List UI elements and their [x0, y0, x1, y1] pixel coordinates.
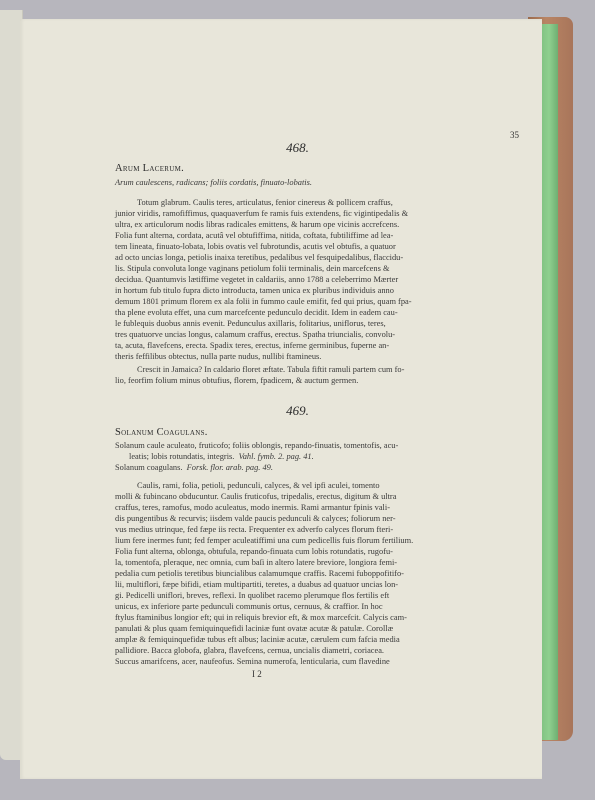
printer-signature: I 2	[252, 669, 262, 679]
entry-title-arum-lacerum: Arum Lacerum.	[115, 163, 184, 174]
reference-vahl: Vahl. fymb. 2. pag. 41.	[239, 452, 314, 461]
entry-number-468: 468.	[0, 140, 595, 156]
entry-diagnosis: Solanum caule aculeato, fruticofo; folii…	[115, 441, 540, 451]
text-line: vus medius utrinque, fed fæpe iis recta.…	[115, 525, 540, 535]
entry-diagnosis: Arum caulescens, radicans; foliis cordat…	[115, 178, 540, 188]
text-line: lis. Stipula convoluta longe vaginans pe…	[115, 264, 540, 274]
text-line: Caulis, rami, folia, petioli, pedunculi,…	[115, 481, 562, 491]
entry-synonym: Solanum coagulans. Forsk. flor. arab. pa…	[115, 463, 540, 473]
text-line: molli & fubincano obducuntur. Caulis fru…	[115, 492, 540, 502]
text-line: unicus, ex inferiore parte pedunculi com…	[115, 602, 540, 612]
text-line: Totum glabrum. Caulis teres, articulatus…	[115, 198, 562, 208]
text-line: la, tomentofa, pleraque, nec omnia, cum …	[115, 558, 540, 568]
text-line: Folia funt alterna, oblonga, obtufula, r…	[115, 547, 540, 557]
diagnosis-text: leatis; lobis rotundatis, integris.	[129, 452, 234, 461]
text-line: tres quatuorve uncias longus, calamum cr…	[115, 330, 540, 340]
text-line: lio, feorfim folium minus obtufius, flor…	[115, 376, 540, 386]
page-number: 35	[510, 130, 519, 140]
text-line: ad octo uncias longa, petiolis inaixa te…	[115, 253, 540, 263]
text-line: le fublequis duobus annis evenit. Pedunc…	[115, 319, 540, 329]
text-line: gi. Pedicelli uniflori, breves, reflexi.…	[115, 591, 540, 601]
synonym-text: Solanum coagulans.	[115, 463, 182, 472]
entry-diagnosis-cont: leatis; lobis rotundatis, integris. Vahl…	[115, 452, 554, 462]
text-line: in hortum fub titulo fupra dicto introdu…	[115, 286, 540, 296]
text-line: ftylus ftaminibus longior eft; qui in re…	[115, 613, 540, 623]
text-line: Crescit in Jamaica? In caldario floret æ…	[115, 365, 562, 375]
text-line: decidua. Quantumvis lætiffime vegetet in…	[115, 275, 540, 285]
text-line: theris feffilibus obtectus, nulla parte …	[115, 352, 540, 362]
text-line: pedalia cum petiolis teretibus biunciali…	[115, 569, 540, 579]
text-line: dis pungentibus & recurvis; iisdem valde…	[115, 514, 540, 524]
text-line: Succus amarifcens, acer, naufeofus. Semi…	[115, 657, 540, 667]
text-line: lii, multiflori, fæpe bifidi, etiam mult…	[115, 580, 540, 590]
text-line: lium fere inermes funt; fed femper acule…	[115, 536, 540, 546]
entry-number-469: 469.	[0, 403, 595, 419]
text-line: amplæ & femiquinquefidæ tubus eft albus;…	[115, 635, 540, 645]
text-line: pallidiore. Bacca globofa, glabra, flave…	[115, 646, 540, 656]
text-line: panulati & plus quam femiquinquefidi lac…	[115, 624, 540, 634]
text-line: craffus, teres, ramofus, modo aculeatus,…	[115, 503, 540, 513]
entry-title-solanum-coagulans: Solanum Coagulans.	[115, 427, 208, 438]
text-line: demum 1801 primum florem ex ala folii in…	[115, 297, 540, 307]
reference-forsk: Forsk. flor. arab. pag. 49.	[187, 463, 273, 472]
page-edges-green	[540, 24, 558, 740]
text-line: Folia funt alterna, cordata, acutâ vel o…	[115, 231, 540, 241]
text-line: tem lineata, finuato-lobata, lobis ovati…	[115, 242, 540, 252]
text-line: ta, acuta, flavefcens, erecta. Spadix te…	[115, 341, 540, 351]
text-line: tha plene evoluta effet, una cum marcefc…	[115, 308, 540, 318]
text-line: junior viridis, ramofiffimus, quaquaverf…	[115, 209, 540, 219]
text-line: ultra, ex articulorum nodis libras radic…	[115, 220, 540, 230]
